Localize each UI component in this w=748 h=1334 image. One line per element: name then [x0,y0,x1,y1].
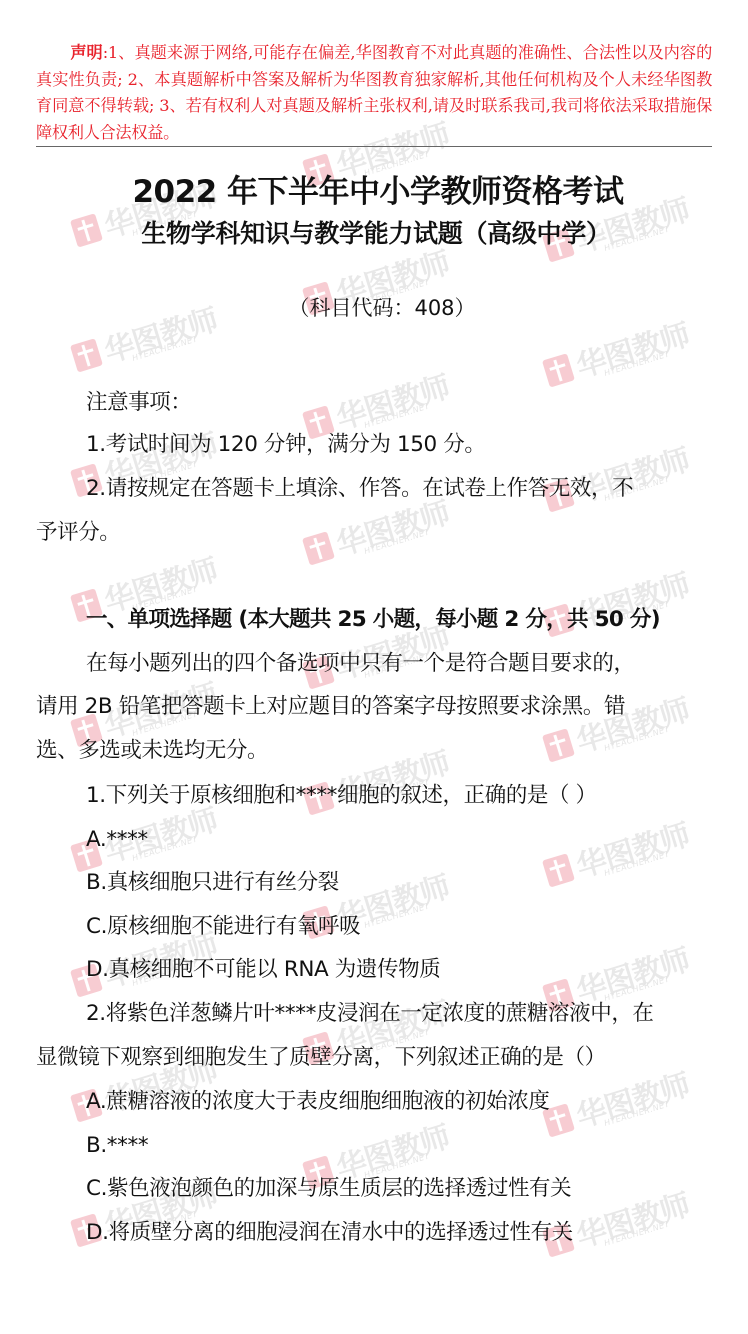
notes-item: 2.请按规定在答题卡上填涂、作答。在试卷上作答无效，不 [86,474,748,504]
question-1-option-b: B.真核细胞只进行有丝分裂 [86,868,748,898]
notes-item-continued: 予评分。 [36,518,716,548]
question-1-option-d: D.真核细胞不可能以 RNA 为遗传物质 [86,955,748,985]
question-2-option-d: D.将质壁分离的细胞浸润在清水中的选择透过性有关 [86,1218,748,1248]
section-instructions: 在每小题列出的四个备选项中只有一个是符合题目要求的， [86,649,748,679]
disclaimer: 声明:1、真题来源于网络,可能存在偏差,华图教育不对此真题的准确性、合法性以及内… [36,40,712,146]
section-heading: 一、单项选择题 (本大题共 25 小题，每小题 2 分，共 50 分) [86,605,748,635]
question-1-stem: 1.下列关于原核细胞和****细胞的叙述，正确的是（ ） [86,781,748,811]
huatu-logo-icon [70,338,103,372]
notes-heading: 注意事项： [86,388,748,418]
disclaimer-text: :1、真题来源于网络,可能存在偏差,华图教育不对此真题的准确性、合法性以及内容的… [36,43,712,142]
subject-code: （科目代码：408） [0,293,748,323]
exam-title: 2022 年下半年中小学教师资格考试 [0,172,748,212]
exam-subtitle: 生物学科知识与教学能力试题（高级中学） [0,217,748,251]
question-2-stem: 2.将紫色洋葱鳞片叶****皮浸润在一定浓度的蔗糖溶液中，在 [86,999,748,1029]
question-1-option-a: A.**** [86,825,748,855]
section-instructions: 选、多选或未选均无分。 [36,736,716,766]
question-2-option-c: C.紫色液泡颜色的加深与原生质层的选择透过性有关 [86,1174,748,1204]
watermark: 华图教师 HTEACHER.NET [58,1152,241,1269]
huatu-logo-icon [542,353,575,387]
question-1-option-c: C.原核细胞不能进行有氧呼吸 [86,912,748,942]
notes-item: 1.考试时间为 120 分钟，满分为 150 分。 [86,430,748,460]
exam-page: 华图教师 HTEACHER.NET 华图教师 HTEACHER.NET 华图教师… [0,0,748,1334]
watermark: 华图教师 HTEACHER.NET [290,844,473,961]
disclaimer-label: 声明 [70,43,103,62]
question-2-option-b: B.**** [86,1131,748,1161]
question-2-stem-continued: 显微镜下观察到细胞发生了质壁分离，下列叙述正确的是（） [36,1043,716,1073]
watermark: 华图教师 HTEACHER.NET [530,542,713,659]
divider [36,146,712,147]
question-2-option-a: A.蔗糖溶液的浓度大于表皮细胞细胞液的初始浓度 [86,1087,748,1117]
section-instructions: 请用 2B 铅笔把答题卡上对应题目的答案字母按照要求涂黑。错 [36,692,716,722]
